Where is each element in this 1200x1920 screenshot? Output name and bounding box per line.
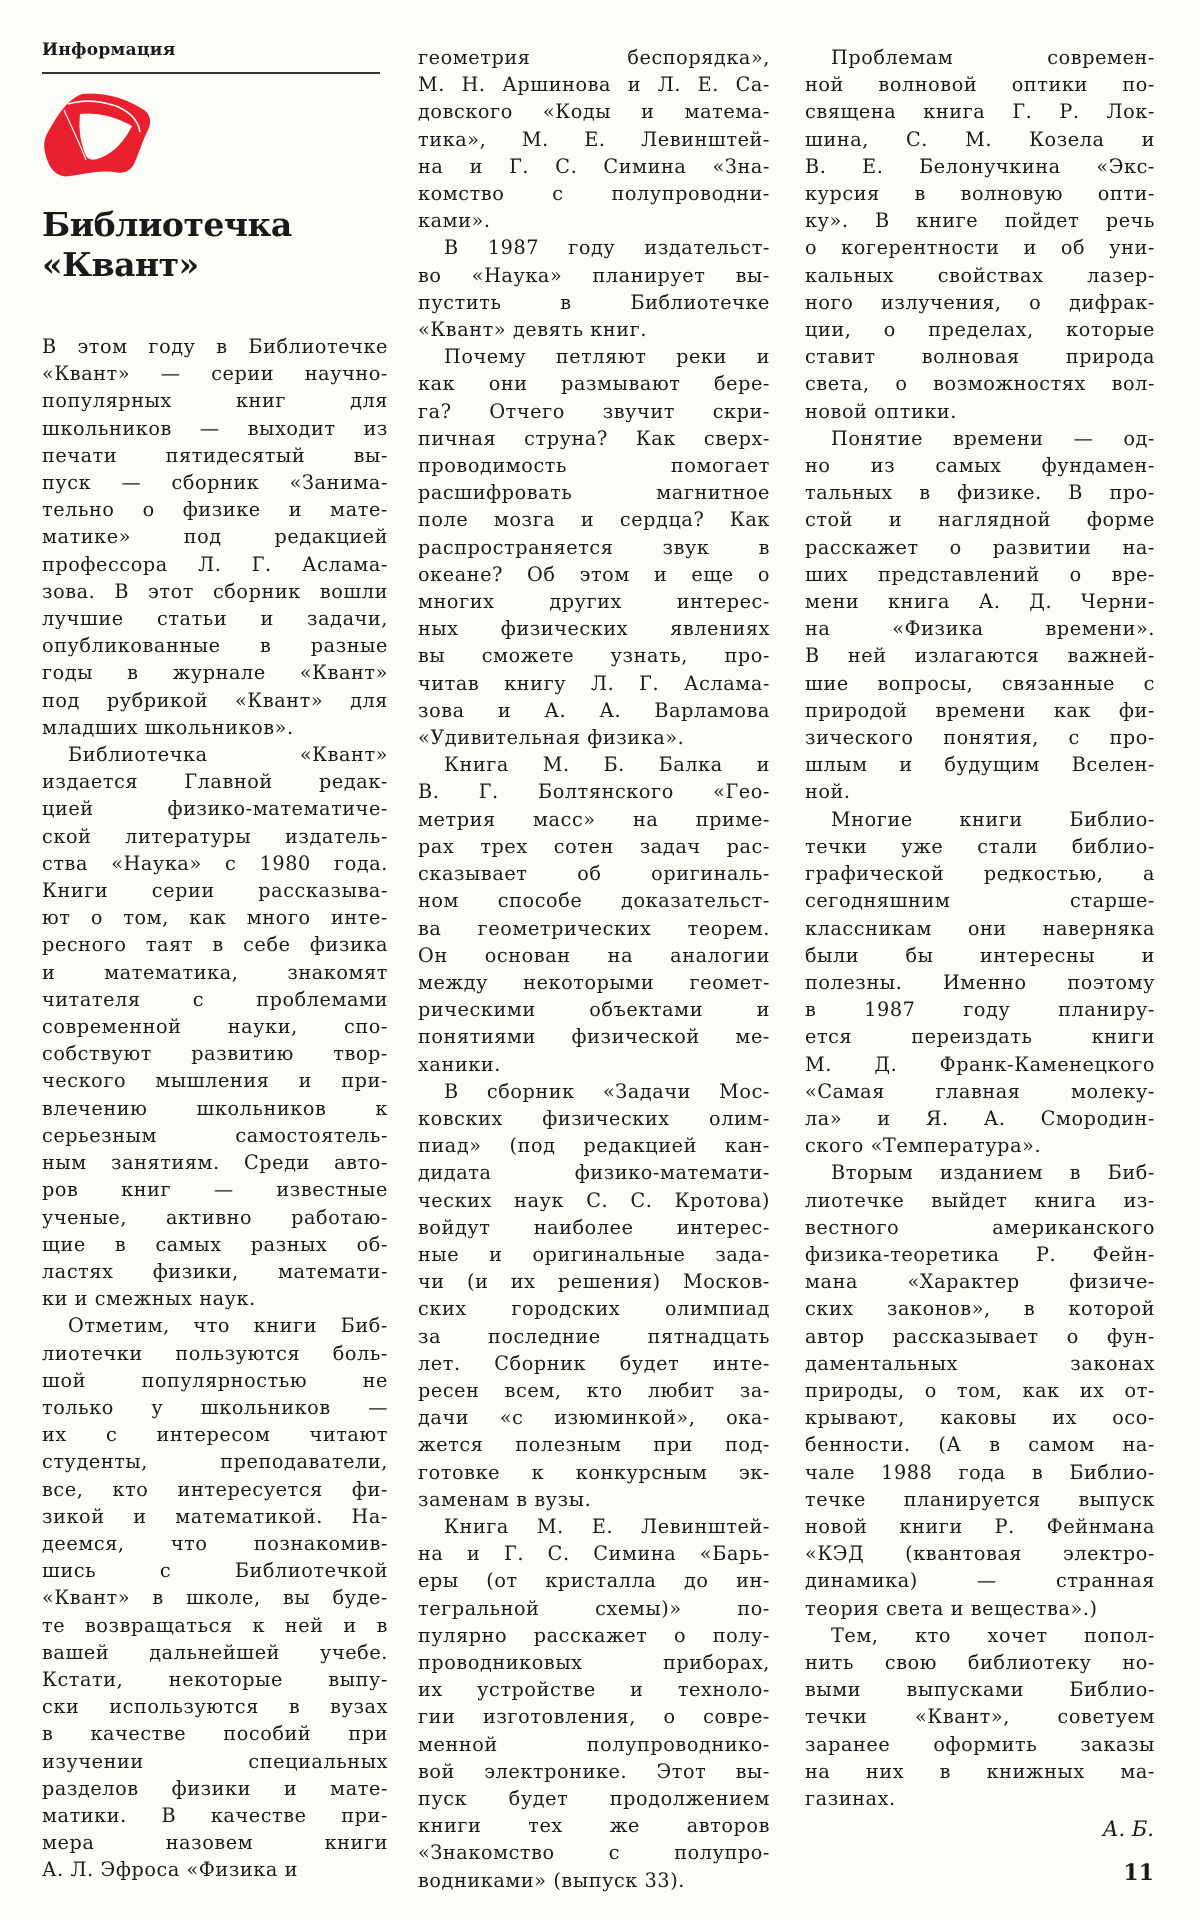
text-line: распространяется звук в (418, 534, 770, 561)
text-line: комство с полупроводни- (418, 180, 770, 207)
text-line: читав книгу Л. Г. Аслама- (418, 670, 770, 697)
text-line: младших школьников». (42, 714, 388, 741)
paragraph: Почему петляют реки икак они размывают б… (418, 343, 770, 751)
text-line: готовке к конкурсным эк- (418, 1459, 770, 1486)
text-line: полезны. Именно поэтому (805, 969, 1155, 996)
text-line: ного излучения, о дифрак- (805, 289, 1155, 316)
paragraph: Проблемам современ-ной волновой оптики п… (805, 44, 1155, 425)
section-rubric: Информация (42, 40, 176, 60)
text-line: ставит волновая природа (805, 343, 1155, 370)
text-line: на и Г. С. Симина «Зна- (418, 153, 770, 180)
text-line: современной науки, спо- (42, 1013, 388, 1040)
text-line: нить свою библиотеку но- (805, 1649, 1155, 1676)
text-line: Книги серии рассказыва- (42, 877, 388, 904)
text-line: ками». (418, 207, 770, 234)
text-line: матики. В качестве при- (42, 1802, 388, 1829)
text-line: расшифровать магнитное (418, 479, 770, 506)
text-line: влечению школьников к (42, 1095, 388, 1122)
text-line: мени книга А. Д. Черни- (805, 588, 1155, 615)
text-line: бенности. (А в самом на- (805, 1431, 1155, 1458)
text-line: выми выпусками Библио- (805, 1676, 1155, 1703)
text-line: Книга М. Е. Левинштей- (418, 1513, 770, 1540)
text-line: под рубрикой «Квант» для (42, 687, 388, 714)
text-line: лучшие статьи и задачи, (42, 605, 388, 632)
text-line: цией физико-математиче- (42, 795, 388, 822)
text-line: курсия в волновую опти- (805, 180, 1155, 207)
text-line: собствуют развитию твор- (42, 1040, 388, 1067)
text-line: теория света и вещества».) (805, 1595, 1155, 1622)
text-line: заменам в вузы. (418, 1486, 770, 1513)
text-line: геометрия беспорядка», (418, 44, 770, 71)
text-line: ства «Наука» с 1980 года. (42, 850, 388, 877)
text-line: ки и смежных наук. (42, 1285, 388, 1312)
text-line: о когерентности и об уни- (805, 234, 1155, 261)
text-line: ется переиздать книги (805, 1023, 1155, 1050)
text-line: шие вопросы, связанные с (805, 670, 1155, 697)
text-line: Многие книги Библио- (805, 806, 1155, 833)
text-line: ных физических явлениях (418, 615, 770, 642)
text-line: шись с Библиотечкой (42, 1557, 388, 1584)
text-line: чи (и их решения) Москов- (418, 1268, 770, 1295)
text-line: только у школьников — (42, 1394, 388, 1421)
text-line: новой книги Р. Фейнмана (805, 1513, 1155, 1540)
text-line: В. Е. Белонучкина «Экс- (805, 153, 1155, 180)
text-line: ют о том, как много инте- (42, 904, 388, 931)
text-line: ханики. (418, 1051, 770, 1078)
kvant-mobius-logo-icon (42, 90, 154, 180)
text-line: Кстати, некоторые выпу- (42, 1666, 388, 1693)
text-line: динамика) — странная (805, 1567, 1155, 1594)
text-line: Тем, кто хочет попол- (805, 1622, 1155, 1649)
paragraph: Понятие времени — од-но из самых фундаме… (805, 425, 1155, 806)
text-line: на «Физика времени». (805, 615, 1155, 642)
article-title-line-2: «Квант» (42, 245, 292, 285)
text-line: В 1987 году издательст- (418, 234, 770, 261)
text-line: пулярно расскажет о полу- (418, 1622, 770, 1649)
text-line: как они размывают бере- (418, 370, 770, 397)
text-line: войдут наиболее интерес- (418, 1214, 770, 1241)
text-line: шой популярностью не (42, 1367, 388, 1394)
text-line: студенты, преподаватели, (42, 1448, 388, 1475)
text-line: ских городских олимпиад (418, 1295, 770, 1322)
text-line: дидата физико-математи- (418, 1159, 770, 1186)
text-line: чале 1988 года в Библио- (805, 1459, 1155, 1486)
text-line: еры (от кристалла до ин- (418, 1567, 770, 1594)
text-line: ные и оригинальные зада- (418, 1241, 770, 1268)
page-number: 11 (1123, 1860, 1154, 1886)
text-line: ции, о пределах, которые (805, 316, 1155, 343)
text-line: ным занятиям. Среди авто- (42, 1149, 388, 1176)
text-line: между некоторыми геомет- (418, 969, 770, 996)
paragraph: Книга М. Е. Левинштей-на и Г. С. Симина … (418, 1513, 770, 1894)
text-line: В. Г. Болтянского «Гео- (418, 778, 770, 805)
text-line: зова. В этот сборник вошли (42, 578, 388, 605)
text-line: Проблемам современ- (805, 44, 1155, 71)
text-line: те возвращаться к ней и в (42, 1612, 388, 1639)
text-line: ном способе доказательст- (418, 887, 770, 914)
text-line: пиад» (под редакцией кан- (418, 1132, 770, 1159)
text-line: дачи «с изюминкой», ока- (418, 1404, 770, 1431)
text-line: га? Отчего звучит скри- (418, 398, 770, 425)
text-line: тика», М. Е. Левинштей- (418, 126, 770, 153)
text-line: серьезным самостоятель- (42, 1122, 388, 1149)
article-column-2: геометрия беспорядка»,М. Н. Аршинова и Л… (418, 44, 770, 1894)
text-line: новой оптики. (805, 398, 1155, 425)
text-line: лиотечки пользуются боль- (42, 1340, 388, 1367)
text-line: ров книг — известные (42, 1176, 388, 1203)
text-line: течки «Квант», советуем (805, 1703, 1155, 1730)
text-line: физика-теоретика Р. Фейн- (805, 1241, 1155, 1268)
text-line: гии изготовления, о совре- (418, 1703, 770, 1730)
text-line: природы, о том, как их от- (805, 1377, 1155, 1404)
rubric-divider (42, 72, 380, 74)
text-line: ной. (805, 778, 1155, 805)
text-line: В сборник «Задачи Мос- (418, 1078, 770, 1105)
text-line: Понятие времени — од- (805, 425, 1155, 452)
text-line: Отметим, что книги Биб- (42, 1312, 388, 1339)
text-line: их устройстве и техноло- (418, 1676, 770, 1703)
text-line: ученые, активно работаю- (42, 1204, 388, 1231)
text-line: ски используются в вузах (42, 1693, 388, 1720)
text-line: ческого мышления и при- (42, 1067, 388, 1094)
text-line: шина, С. М. Козела и (805, 126, 1155, 153)
text-line: читателя с проблемами (42, 986, 388, 1013)
text-line: метрия масс» на приме- (418, 806, 770, 833)
text-line: «КЭД (квантовая электро- (805, 1540, 1155, 1567)
text-line: сказывает об оригиналь- (418, 860, 770, 887)
text-line: стой и наглядной форме (805, 506, 1155, 533)
text-line: пичная струна? Как сверх- (418, 425, 770, 452)
text-line: разделов физики и мате- (42, 1775, 388, 1802)
text-line: мера назовем книги (42, 1829, 388, 1856)
paragraph: Отметим, что книги Биб-лиотечки пользуют… (42, 1312, 388, 1883)
text-line: понятиями физической ме- (418, 1023, 770, 1050)
paragraph: геометрия беспорядка»,М. Н. Аршинова и Л… (418, 44, 770, 234)
text-line: автор рассказывает о фун- (805, 1323, 1155, 1350)
text-line: в 1987 году планиру- (805, 996, 1155, 1023)
text-line: водниками» (выпуск 33). (418, 1867, 770, 1894)
text-line: ской литературы издатель- (42, 823, 388, 850)
text-line: ластях физики, математи- (42, 1258, 388, 1285)
text-line: «Знакомство с полупро- (418, 1839, 770, 1866)
text-line: и математика, знакомят (42, 959, 388, 986)
text-line: «Самая главная молеку- (805, 1078, 1155, 1105)
text-line: сегодняшним старше- (805, 887, 1155, 914)
text-line: во «Наука» планирует вы- (418, 262, 770, 289)
text-line: пуск — сборник «Занима- (42, 469, 388, 496)
paragraph: В сборник «Задачи Мос-ковских физических… (418, 1078, 770, 1513)
text-line: кальных свойствах лазер- (805, 262, 1155, 289)
text-line: ной волновой оптики по- (805, 71, 1155, 98)
text-line: издается Главной редак- (42, 768, 388, 795)
text-line: лет. Сборник будет инте- (418, 1350, 770, 1377)
text-line: профессора Л. Г. Аслама- (42, 551, 388, 578)
paragraph: В 1987 году издательст-во «Наука» планир… (418, 234, 770, 343)
text-line: ресен всем, кто любит за- (418, 1377, 770, 1404)
text-line: но из самых фундамен- (805, 452, 1155, 479)
text-line: многих других интерес- (418, 588, 770, 615)
text-line: Библиотечка «Квант» (42, 741, 388, 768)
paragraph: Многие книги Библио-течки уже стали библ… (805, 806, 1155, 1160)
text-line: крывают, каковы их осо- (805, 1404, 1155, 1431)
text-line: ших представлений о вре- (805, 561, 1155, 588)
article-title: Библиотечка «Квант» (42, 205, 292, 285)
text-line: изучении специальных (42, 1748, 388, 1775)
text-line: в качестве пособий при (42, 1720, 388, 1747)
text-line: пустить в Библиотечке (418, 289, 770, 316)
paragraph: Книга М. Б. Балка иВ. Г. Болтянского «Ге… (418, 751, 770, 1077)
text-line: ского «Температура». (805, 1132, 1155, 1159)
text-line: вой электронике. Этот вы- (418, 1758, 770, 1785)
text-line: довского «Коды и матема- (418, 98, 770, 125)
text-line: М. Д. Франк-Каменецкого (805, 1051, 1155, 1078)
text-line: мана «Характер физиче- (805, 1268, 1155, 1295)
text-line: Вторым изданием в Биб- (805, 1159, 1155, 1186)
text-line: школьников — выходит из (42, 415, 388, 442)
text-line: Он основан на аналогии (418, 942, 770, 969)
text-line: лиотечке выйдет книга из- (805, 1187, 1155, 1214)
text-line: «Удивительная физика». (418, 724, 770, 751)
text-line: течки уже стали библио- (805, 833, 1155, 860)
text-line: пуск будет продолжением (418, 1785, 770, 1812)
text-line: вы сможете узнать, про- (418, 642, 770, 669)
text-line: света, о возможностях вол- (805, 370, 1155, 397)
text-line: рическими объектами и (418, 996, 770, 1023)
paragraph: Вторым изданием в Биб-лиотечке выйдет кн… (805, 1159, 1155, 1621)
text-line: менной полупроводнико- (418, 1731, 770, 1758)
text-line: проводниковых приборах, (418, 1649, 770, 1676)
text-line: расскажет о развитии на- (805, 534, 1155, 561)
text-line: за последние пятнадцать (418, 1323, 770, 1350)
text-line: вашей дальнейшей учебе. (42, 1639, 388, 1666)
text-line: священа книга Г. Р. Лок- (805, 98, 1155, 125)
paragraph: Библиотечка «Квант»издается Главной реда… (42, 741, 388, 1312)
article-title-line-1: Библиотечка (42, 205, 292, 245)
paragraph: В этом году в Библиотечке«Квант» — серии… (42, 333, 388, 741)
text-line: ку». В книге пойдет речь (805, 207, 1155, 234)
text-line: заранее оформить заказы (805, 1731, 1155, 1758)
text-line: их с интересом читают (42, 1421, 388, 1448)
text-line: книги тех же авторов (418, 1812, 770, 1839)
text-line: природой времени как фи- (805, 697, 1155, 724)
text-line: зического понятия, с про- (805, 724, 1155, 751)
text-line: даментальных законах (805, 1350, 1155, 1377)
text-line: годы в журнале «Квант» (42, 659, 388, 686)
text-line: опубликованные в разные (42, 632, 388, 659)
text-line: Книга М. Б. Балка и (418, 751, 770, 778)
text-line: матике» под редакцией (42, 523, 388, 550)
author-signature: А. Б. (1103, 1817, 1154, 1841)
text-line: зова и А. А. Варламова (418, 697, 770, 724)
article-column-3: Проблемам современ-ной волновой оптики п… (805, 44, 1155, 1812)
text-line: популярных книг для (42, 387, 388, 414)
text-line: тальных в физике. В про- (805, 479, 1155, 506)
text-line: вестного американского (805, 1214, 1155, 1241)
text-line: деемся, что познакомив- (42, 1530, 388, 1557)
text-line: были бы интересны и (805, 942, 1155, 969)
paragraph: Тем, кто хочет попол-нить свою библиотек… (805, 1622, 1155, 1812)
text-line: проводимость помогает (418, 452, 770, 479)
text-line: на них в книжных ма- (805, 1758, 1155, 1785)
text-line: В ней излагаются важней- (805, 642, 1155, 669)
text-line: рах трех сотен задач рас- (418, 833, 770, 860)
text-line: «Квант» девять книг. (418, 316, 770, 343)
text-line: зикой и математикой. На- (42, 1503, 388, 1530)
text-line: «Квант» — серии научно- (42, 360, 388, 387)
text-line: ских законов», в которой (805, 1295, 1155, 1322)
article-column-1: В этом году в Библиотечке«Квант» — серии… (42, 333, 388, 1884)
text-line: тельно о физике и мате- (42, 496, 388, 523)
text-line: поле мозга и сердца? Как (418, 506, 770, 533)
text-line: классникам они наверняка (805, 915, 1155, 942)
text-line: течке планируется выпуск (805, 1486, 1155, 1513)
text-line: ва геометрических теорем. (418, 915, 770, 942)
text-line: ковских физических олим- (418, 1105, 770, 1132)
text-line: печати пятидесятый вы- (42, 442, 388, 469)
text-line: все, кто интересуется фи- (42, 1476, 388, 1503)
text-line: океане? Об этом и еще о (418, 561, 770, 588)
text-line: ресного таят в себе физика (42, 931, 388, 958)
text-line: газинах. (805, 1785, 1155, 1812)
text-line: Почему петляют реки и (418, 343, 770, 370)
text-line: шлым и будущим Вселен- (805, 751, 1155, 778)
text-line: щие в самых разных об- (42, 1231, 388, 1258)
text-line: тегральной схемы)» по- (418, 1595, 770, 1622)
text-line: М. Н. Аршинова и Л. Е. Са- (418, 71, 770, 98)
text-line: графической редкостью, а (805, 860, 1155, 887)
text-line: ла» и Я. А. Смородин- (805, 1105, 1155, 1132)
text-line: ческих наук С. С. Кротова) (418, 1187, 770, 1214)
text-line: «Квант» в школе, вы буде- (42, 1584, 388, 1611)
text-line: жется полезным при под- (418, 1431, 770, 1458)
text-line: на и Г. С. Симина «Барь- (418, 1540, 770, 1567)
text-line: В этом году в Библиотечке (42, 333, 388, 360)
text-line: А. Л. Эфроса «Физика и (42, 1856, 388, 1883)
